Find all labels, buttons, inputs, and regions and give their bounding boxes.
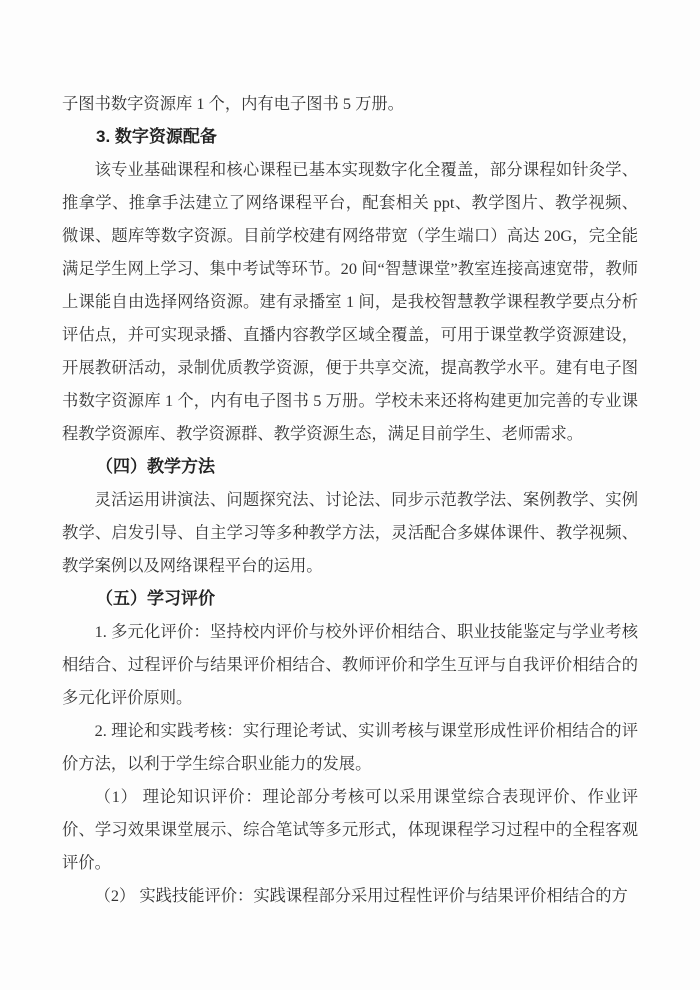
paragraph-diversified-evaluation: 1. 多元化评价：坚持校内评价与校外评价相结合、职业技能鉴定与学业考核相结合、过…: [62, 615, 638, 714]
section-heading-learning-evaluation: （五）学习评价: [62, 582, 638, 615]
paragraph-practical-skill-evaluation: （2） 实践技能评价：实践课程部分采用过程性评价与结果评价相结合的方: [62, 879, 638, 912]
section-heading-digital-resources: 3. 数字资源配备: [62, 120, 638, 153]
section-heading-teaching-methods: （四）教学方法: [62, 450, 638, 483]
paragraph-theory-knowledge-evaluation: （1） 理论知识评价：理论部分考核可以采用课堂综合表现评价、作业评价、学习效果课…: [62, 780, 638, 879]
paragraph-theory-practice-assessment: 2. 理论和实践考核：实行理论考试、实训考核与课堂形成性评价相结合的评价方法，以…: [62, 714, 638, 780]
paragraph-continuation: 子图书数字资源库 1 个，内有电子图书 5 万册。: [62, 87, 638, 120]
document-page: 子图书数字资源库 1 个，内有电子图书 5 万册。 3. 数字资源配备 该专业基…: [0, 0, 700, 990]
paragraph-teaching-methods: 灵活运用讲演法、问题探究法、讨论法、同步示范教学法、案例教学、实例教学、启发引导…: [62, 483, 638, 582]
paragraph-digital-resources: 该专业基础课程和核心课程已基本实现数字化全覆盖，部分课程如针灸学、推拿学、推拿手…: [62, 153, 638, 450]
